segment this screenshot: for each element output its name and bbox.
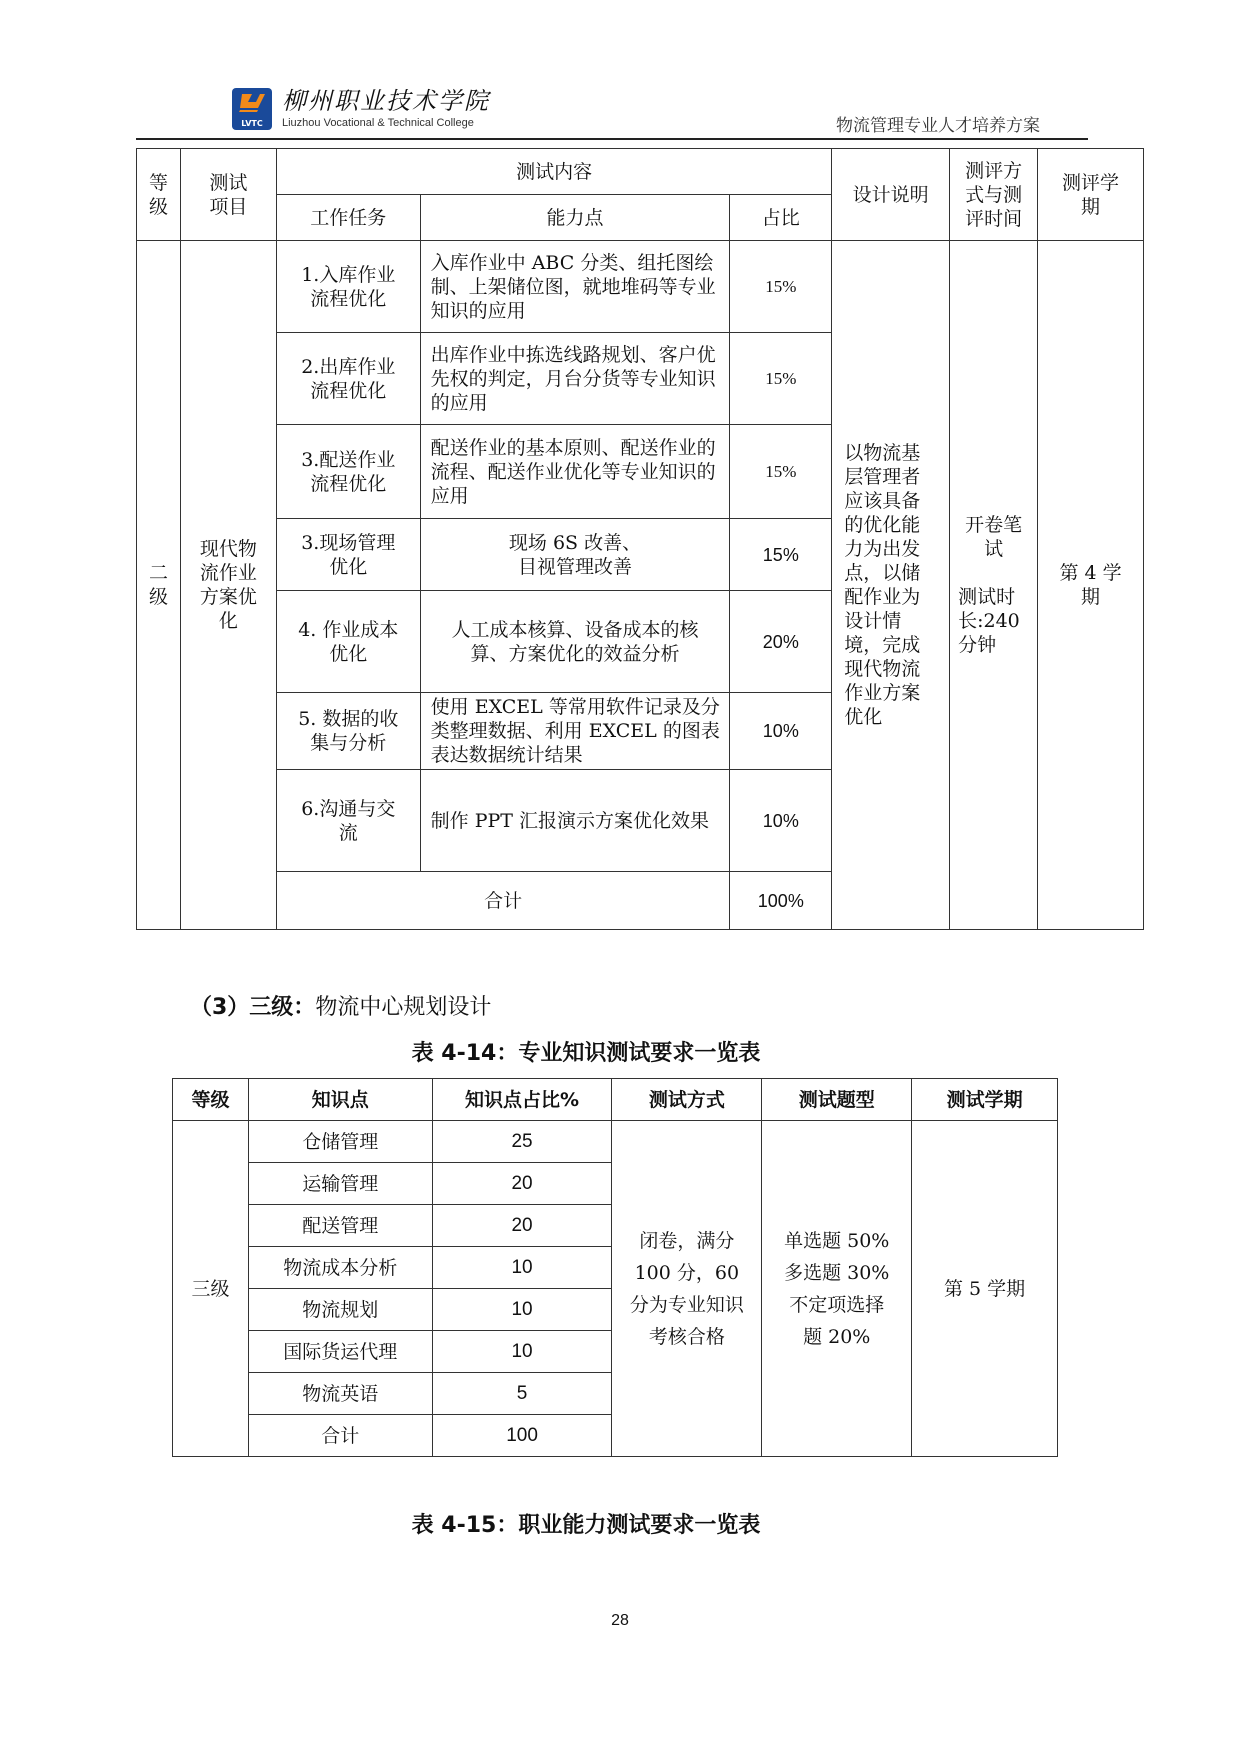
work-task: 1.入库作业流程优化 <box>276 241 420 333</box>
eval-duration: 测试时长:240分钟 <box>958 585 1029 657</box>
ability-point: 使用 EXCEL 等常用软件记录及分类整理数据、利用 EXCEL 的图表表达数据… <box>420 693 730 770</box>
header-test-type: 测试题型 <box>762 1079 912 1121</box>
ratio-value: 20% <box>730 591 832 693</box>
ratio-value: 15% <box>730 241 832 333</box>
total-label: 合计 <box>248 1415 432 1457</box>
table-caption-4-15: 表 4-15：职业能力测试要求一览表 <box>0 1508 1206 1539</box>
ability-point: 制作 PPT 汇报演示方案优化效果 <box>420 770 730 872</box>
header-test-method: 测试方式 <box>612 1079 762 1121</box>
page-header: LVTC 柳州职业技术学院 Liuzhou Vocational & Techn… <box>136 84 1088 140</box>
work-task: 3.现场管理优化 <box>276 519 420 591</box>
knowledge-point: 物流成本分析 <box>248 1247 432 1289</box>
total-ratio: 100 <box>432 1415 612 1457</box>
knowledge-ratio: 5 <box>432 1373 612 1415</box>
test-type-multiple: 多选题 30% <box>768 1257 905 1289</box>
header-level: 等级 <box>137 149 181 241</box>
knowledge-point: 仓储管理 <box>248 1121 432 1163</box>
college-logo: LVTC <box>232 88 272 130</box>
header-eval-method: 测评方式与测评时间 <box>950 149 1038 241</box>
header-test-item: 测试项目 <box>180 149 276 241</box>
ratio-value: 15% <box>730 519 832 591</box>
knowledge-point: 配送管理 <box>248 1205 432 1247</box>
total-label: 合计 <box>276 872 729 930</box>
header-work-task: 工作任务 <box>276 195 420 241</box>
page-number: 28 <box>0 1612 1240 1630</box>
header-test-term: 测试学期 <box>912 1079 1058 1121</box>
work-task: 3.配送作业流程优化 <box>276 425 420 519</box>
eval-method: 开卷笔试 <box>958 513 1029 561</box>
test-type-single: 单选题 50% <box>768 1225 905 1257</box>
test-item-cell: 现代物流作业方案优化 <box>180 241 276 930</box>
header-eval-term: 测评学期 <box>1038 149 1144 241</box>
header-ratio: 占比 <box>730 195 832 241</box>
knowledge-ratio: 25 <box>432 1121 612 1163</box>
work-task: 6.沟通与交流 <box>276 770 420 872</box>
table-row: 三级 仓储管理 25 闭卷，满分100 分，60 分为专业知识考核合格 单选题 … <box>173 1121 1058 1163</box>
knowledge-ratio: 20 <box>432 1163 612 1205</box>
table-caption-4-14: 表 4-14：专业知识测试要求一览表 <box>0 1036 1206 1067</box>
work-task: 4. 作业成本优化 <box>276 591 420 693</box>
table-row: 二级 现代物流作业方案优化 1.入库作业流程优化 入库作业中 ABC 分类、组托… <box>137 241 1144 333</box>
design-note: 以物流基层管理者应该具备的优化能力为出发点，以储配作业为设计情境，完成现代物流作… <box>832 241 950 930</box>
level-value: 二级 <box>149 562 168 608</box>
eval-term: 第 4 学期 <box>1038 241 1144 930</box>
knowledge-point: 物流规划 <box>248 1289 432 1331</box>
section-heading: （3）三级：物流中心规划设计 <box>190 990 491 1021</box>
document-title: 物流管理专业人才培养方案 <box>836 111 1040 136</box>
test-term: 第 5 学期 <box>912 1121 1058 1457</box>
knowledge-ratio: 10 <box>432 1247 612 1289</box>
knowledge-test-table: 等级 知识点 知识点占比% 测试方式 测试题型 测试学期 三级 仓储管理 25 … <box>172 1078 1058 1457</box>
header-knowledge-ratio: 知识点占比% <box>432 1079 612 1121</box>
ability-test-table: 等级 测试项目 测试内容 设计说明 测评方式与测评时间 测评学期 工作任务 能力… <box>136 148 1144 930</box>
ratio-value: 15% <box>730 333 832 425</box>
level-value: 三级 <box>173 1121 249 1457</box>
knowledge-ratio: 20 <box>432 1205 612 1247</box>
knowledge-point: 物流英语 <box>248 1373 432 1415</box>
work-task: 5. 数据的收集与分析 <box>276 693 420 770</box>
total-ratio: 100% <box>730 872 832 930</box>
header-level: 等级 <box>173 1079 249 1121</box>
header-design-note: 设计说明 <box>832 149 950 241</box>
logo-mark-icon <box>238 92 266 114</box>
header-knowledge-point: 知识点 <box>248 1079 432 1121</box>
test-item-value: 现代物流作业方案优化 <box>200 538 257 632</box>
ability-point: 入库作业中 ABC 分类、组托图绘制、上架储位图，就地堆码等专业知识的应用 <box>420 241 730 333</box>
college-name-cn: 柳州职业技术学院 <box>282 86 490 116</box>
college-name-en: Liuzhou Vocational & Technical College <box>282 116 490 130</box>
section-title: 物流中心规划设计 <box>315 995 491 1020</box>
knowledge-ratio: 10 <box>432 1331 612 1373</box>
ratio-value: 10% <box>730 770 832 872</box>
ability-point: 出库作业中拣选线路规划、客户优先权的判定，月台分货等专业知识的应用 <box>420 333 730 425</box>
ability-point: 现场 6S 改善、目视管理改善 <box>420 519 730 591</box>
ratio-value: 10% <box>730 693 832 770</box>
knowledge-point: 国际货运代理 <box>248 1331 432 1373</box>
ability-point: 配送作业的基本原则、配送作业的流程、配送作业优化等专业知识的应用 <box>420 425 730 519</box>
logo-text: LVTC <box>232 119 272 128</box>
level-cell: 二级 <box>137 241 181 930</box>
work-task: 2.出库作业流程优化 <box>276 333 420 425</box>
test-method: 闭卷，满分100 分，60 分为专业知识考核合格 <box>612 1121 762 1457</box>
header-test-content: 测试内容 <box>276 149 831 195</box>
eval-method-cell: 开卷笔试 测试时长:240分钟 <box>950 241 1038 930</box>
ratio-value: 15% <box>730 425 832 519</box>
knowledge-point: 运输管理 <box>248 1163 432 1205</box>
header-ability-points: 能力点 <box>420 195 730 241</box>
test-type-indefinite: 不定项选择题 20% <box>768 1289 905 1353</box>
ability-point: 人工成本核算、设备成本的核算、方案优化的效益分析 <box>420 591 730 693</box>
section-number: （3）三级： <box>190 995 315 1020</box>
knowledge-ratio: 10 <box>432 1289 612 1331</box>
college-name: 柳州职业技术学院 Liuzhou Vocational & Technical … <box>282 86 490 130</box>
test-types-cell: 单选题 50% 多选题 30% 不定项选择题 20% <box>762 1121 912 1457</box>
